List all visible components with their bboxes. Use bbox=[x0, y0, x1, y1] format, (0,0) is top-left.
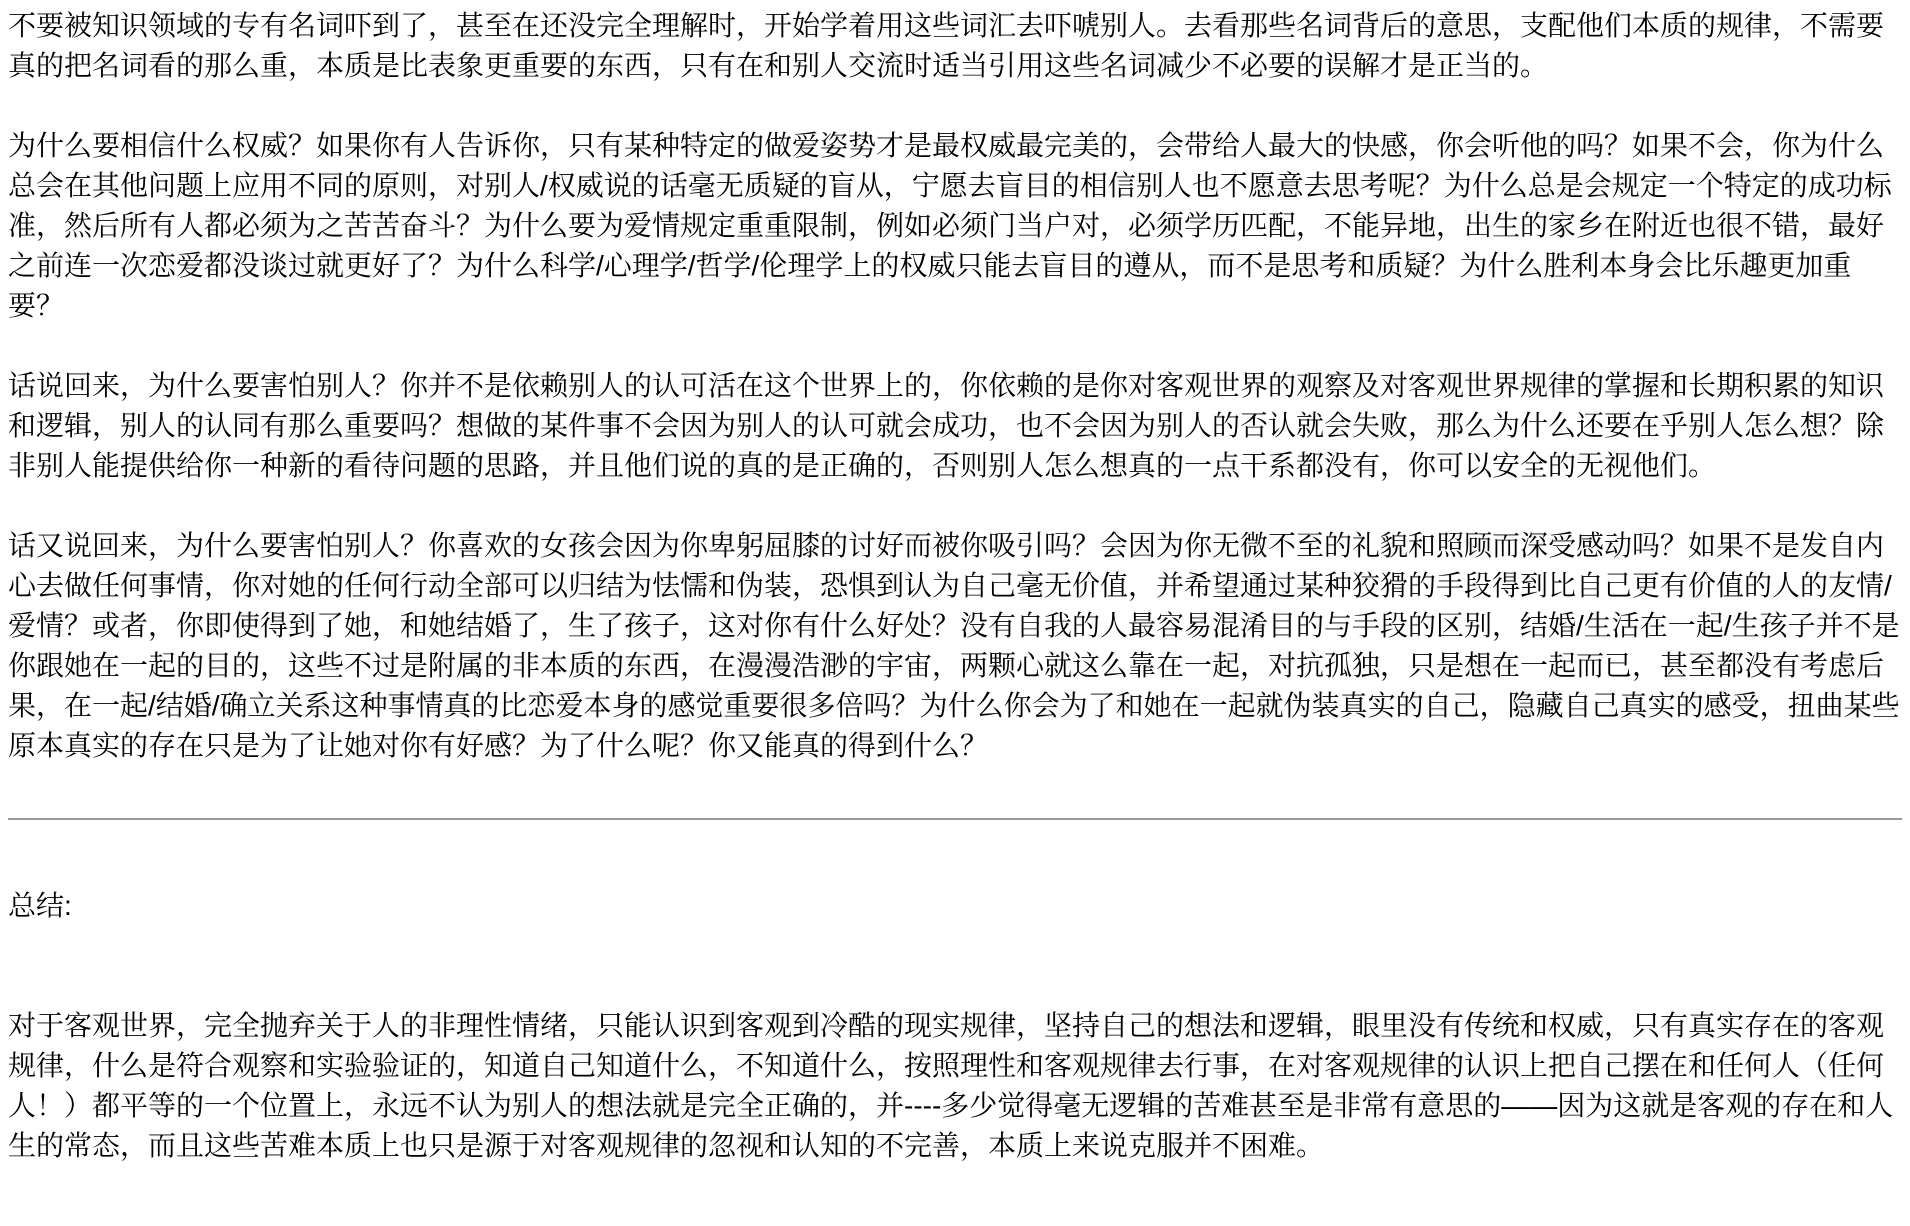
paragraph-1: 不要被知识领域的专有名词吓到了，甚至在还没完全理解时，开始学着用这些词汇去吓唬别… bbox=[8, 6, 1902, 86]
summary-heading: 总结: bbox=[8, 886, 1902, 926]
paragraph-3: 话说回来，为什么要害怕别人？你并不是依赖别人的认可活在这个世界上的，你依赖的是你… bbox=[8, 366, 1902, 486]
paragraph-4: 话又说回来，为什么要害怕别人？你喜欢的女孩会因为你卑躬屈膝的讨好而被你吸引吗？会… bbox=[8, 526, 1902, 766]
paragraph-2: 为什么要相信什么权威？如果你有人告诉你，只有某种特定的做爱姿势才是最权威最完美的… bbox=[8, 126, 1902, 326]
document-body: 不要被知识领域的专有名词吓到了，甚至在还没完全理解时，开始学着用这些词汇去吓唬别… bbox=[0, 0, 1910, 1226]
horizontal-divider bbox=[8, 818, 1902, 820]
summary-paragraph: 对于客观世界，完全抛弃关于人的非理性情绪，只能认识到客观到冷酷的现实规律，坚持自… bbox=[8, 1006, 1902, 1166]
